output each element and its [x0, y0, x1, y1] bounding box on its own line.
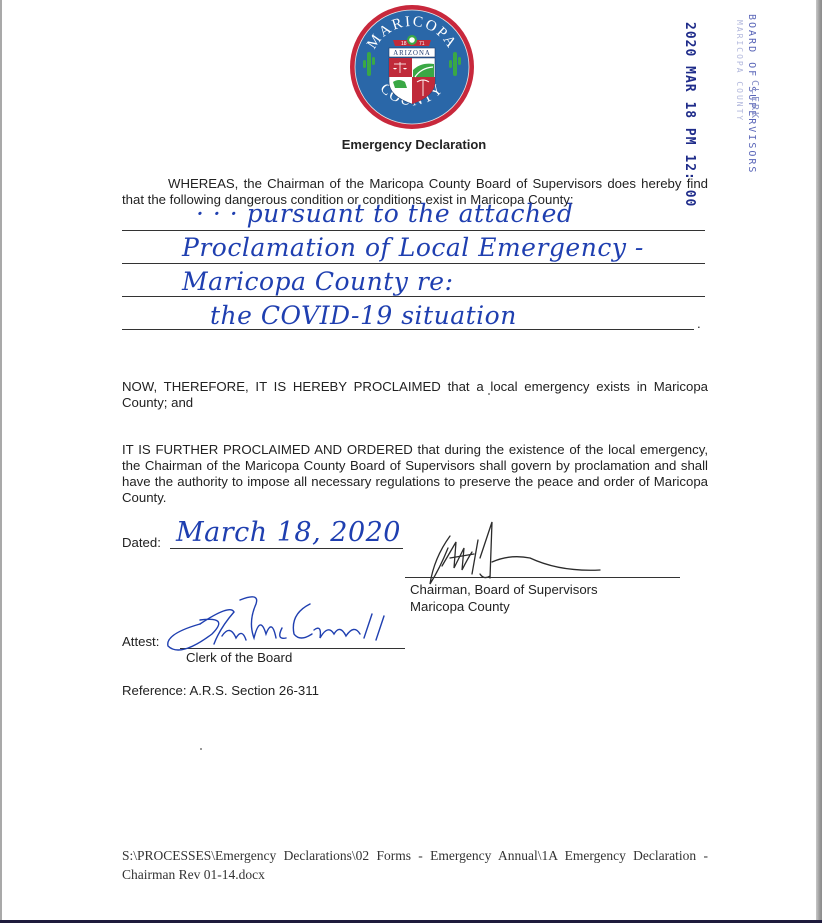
handwritten-condition-3: Maricopa County re:	[182, 267, 454, 296]
handwritten-condition-1: · · · pursuant to the attached	[196, 199, 573, 228]
dated-value-handwritten: March 18, 2020	[176, 517, 401, 548]
now-therefore-paragraph: NOW, THEREFORE, IT IS HEREBY PROCLAIMED …	[122, 379, 708, 411]
handwritten-condition-2: Proclamation of Local Emergency -	[182, 233, 644, 262]
scan-speck	[488, 393, 490, 395]
scan-speck	[200, 748, 202, 750]
document-page: MARICOPA COUNTY 18 71 ARIZONA	[0, 0, 816, 920]
handwritten-condition-4: the COVID-19 situation	[210, 301, 517, 330]
dated-line	[170, 548, 403, 549]
chairman-signature-line	[405, 577, 680, 578]
chairman-county: Maricopa County	[410, 599, 510, 614]
document-title: Emergency Declaration	[0, 137, 822, 152]
file-path-footer: S:\PROCESSES\Emergency Declarations\02 F…	[122, 846, 708, 884]
chairman-title: Chairman, Board of Supervisors	[410, 582, 598, 597]
statutory-reference: Reference: A.R.S. Section 26-311	[122, 683, 319, 698]
condition-line-2	[122, 263, 705, 264]
maricopa-county-seal-icon: MARICOPA COUNTY 18 71 ARIZONA	[349, 4, 475, 130]
stamp-office-county: MARICOPA COUNTY	[735, 20, 744, 122]
further-proclaimed-paragraph: IT IS FURTHER PROCLAIMED AND ORDERED tha…	[122, 442, 708, 506]
attest-label: Attest:	[122, 634, 159, 649]
clerk-title: Clerk of the Board	[186, 650, 292, 665]
condition-line-3	[122, 296, 705, 297]
svg-text:18: 18	[401, 41, 407, 47]
stamp-office-clerk: CLERK	[749, 80, 760, 120]
conditions-period: .	[697, 316, 701, 331]
svg-text:ARIZONA: ARIZONA	[393, 50, 431, 57]
condition-line-1	[122, 230, 705, 231]
svg-text:71: 71	[419, 41, 425, 47]
dated-label: Dated:	[122, 535, 161, 550]
